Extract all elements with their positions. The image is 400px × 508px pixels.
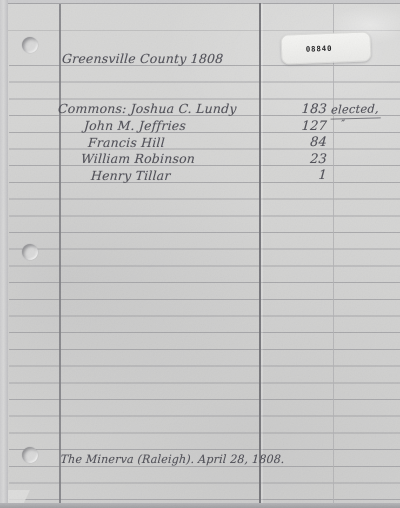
vote-count: 23 — [293, 152, 327, 168]
candidate-name-text: William Robinson — [81, 151, 196, 166]
punch-hole-middle — [22, 244, 38, 260]
source-citation: The Minerva (Raleigh). April 28, 1808. — [60, 452, 285, 468]
scanned-document-page: 08840 Greensville County 1808 Commons:Jo… — [0, 0, 400, 508]
punch-hole-top — [22, 37, 38, 53]
candidate-name-text: Henry Tillar — [91, 168, 172, 183]
vote-count: 183 — [293, 102, 327, 118]
archive-label-number: 08840 — [306, 43, 333, 53]
punch-hole-bottom — [22, 447, 38, 463]
faint-vertical-line — [333, 3, 334, 503]
paper-top-edge — [8, 3, 400, 4]
candidate-name-text: Francis Hill — [88, 135, 166, 150]
vote-count: 127 — [293, 119, 327, 135]
paper-bottom-edge-shadow — [0, 503, 400, 508]
corner-curl — [8, 490, 56, 503]
archive-label-sticker: 08840 — [280, 31, 371, 64]
candidate-name: Francis Hill — [87, 135, 165, 151]
vertical-fold-line — [259, 3, 262, 503]
result-note: elected, — [331, 101, 382, 119]
vote-count: 84 — [293, 135, 327, 151]
page-title: Greensville County 1808 — [61, 51, 223, 67]
candidate-name: Henry Tillar — [90, 168, 171, 184]
vote-count: 1 — [293, 168, 327, 184]
candidate-name-text: John M. Jeffries — [84, 118, 187, 133]
candidate-name: Commons:Joshua C. Lundy — [57, 101, 237, 117]
candidate-name-text: Joshua C. Lundy — [130, 101, 237, 116]
scan-left-edge — [0, 0, 8, 508]
candidate-name: William Robinson — [80, 151, 195, 167]
margin-rule-line — [59, 4, 61, 503]
candidate-name: John M. Jeffries — [83, 118, 186, 134]
office-label: Commons: — [58, 101, 128, 116]
